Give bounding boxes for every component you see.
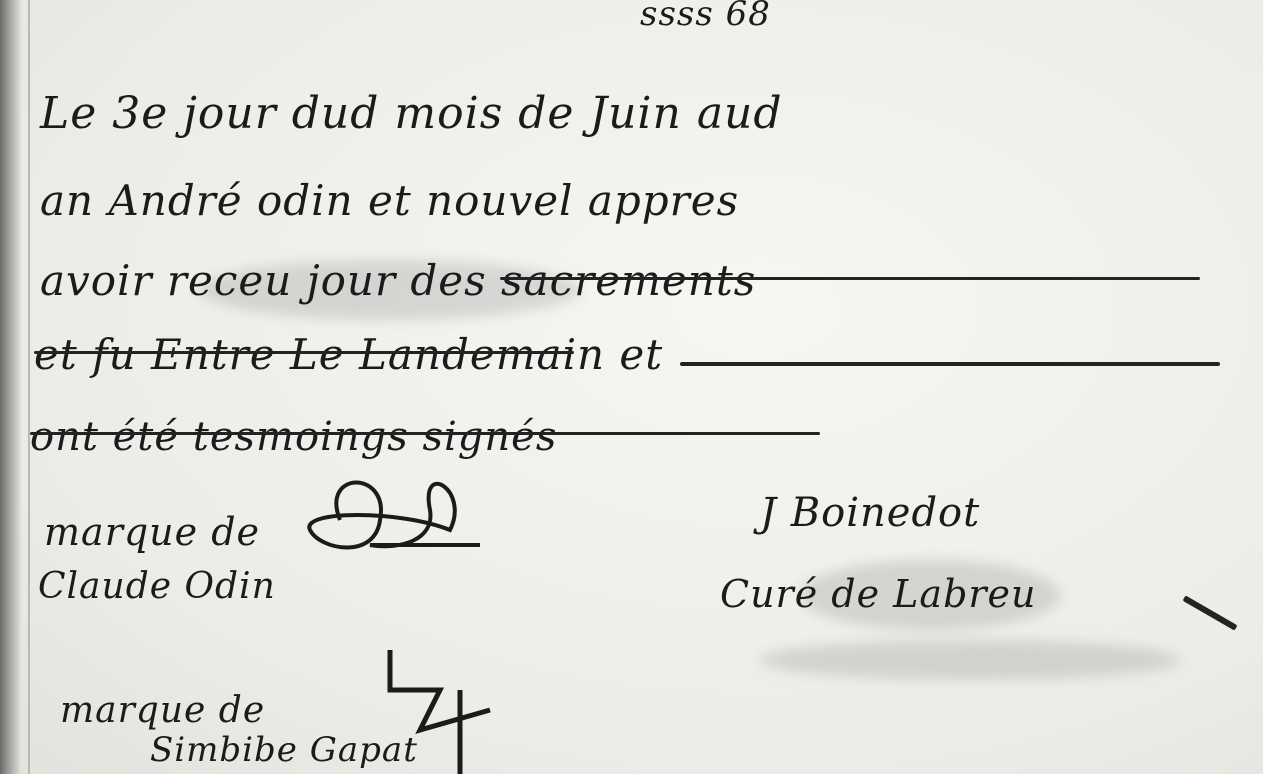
text-line-witness-name: Claude Odin [38,566,276,607]
text-line-witness-name-2: Simbibe Gapat [150,730,418,770]
strike-through [30,432,820,435]
text-line-1: Le 3e jour dud mois de Juin aud [40,88,783,139]
text-line-3: avoir receu jour des sacrements [40,256,756,305]
document-page: ssss 68 Le 3e jour dud mois de Juin aud … [0,0,1263,774]
flourish-stroke [1183,595,1238,630]
strike-through [680,362,1220,366]
strike-through [500,277,1200,280]
text-line-4: et fu Entre Le Landemain et [34,330,663,379]
signature-mark-glyph [280,450,480,590]
top-fragment: ssss 68 [640,0,771,34]
text-line-2: an André odin et nouvel appres [40,176,739,225]
signature-title: Curé de Labreu [720,572,1037,616]
strike-through [34,351,574,354]
page-binding-edge [0,0,22,774]
ink-smudge [760,640,1180,680]
text-line-marque-2: marque de [60,690,265,731]
signature-priest: J Boinedot [760,490,980,536]
text-line-marque-1: marque de [44,510,260,554]
margin-rule [28,0,30,774]
